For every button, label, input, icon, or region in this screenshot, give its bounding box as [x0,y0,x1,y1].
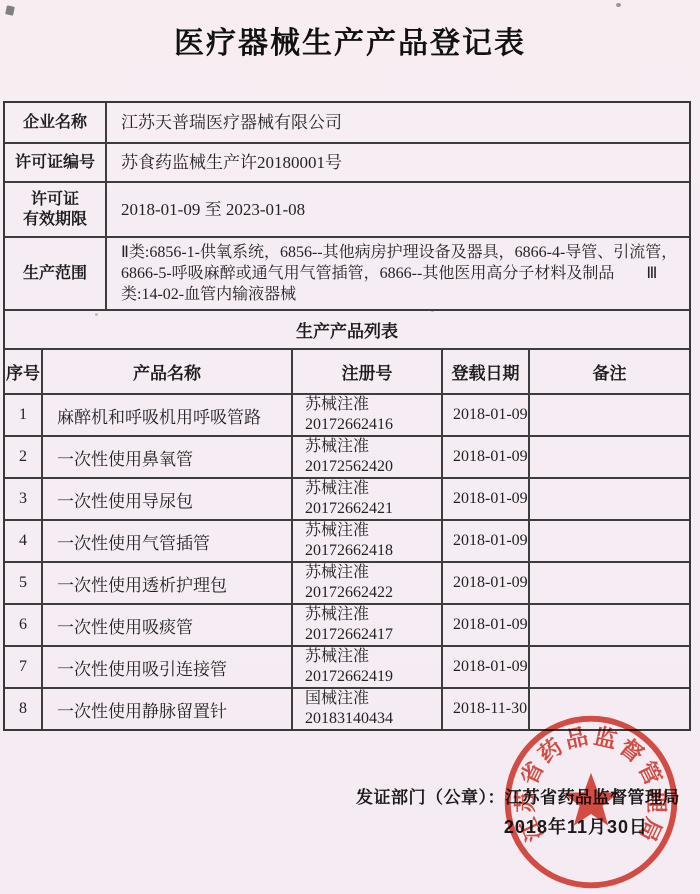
cell-publish-date: 2018-11-30 [442,688,529,729]
cell-publish-date: 2018-01-09 [442,646,529,688]
cell-reg-number: 苏械注准 20172662422 [292,562,442,604]
production-scope-value: Ⅱ类:6856-1-供氧系统，6856--其他病房护理设备及器具，6866-4-… [106,237,689,310]
reg-prefix: 苏械注准 [305,605,441,625]
cell-remarks [529,604,689,646]
table-row: 7 一次性使用吸引连接管 苏械注准 20172662419 2018-01-09 [5,646,689,688]
license-number-value: 苏食药监械生产许20180001号 [106,143,689,182]
cell-product-name: 一次性使用导尿包 [42,478,292,520]
cell-reg-number: 苏械注准 20172662418 [292,520,442,562]
cell-remarks [529,394,689,436]
cell-remarks [529,688,689,729]
cell-product-name: 一次性使用鼻氧管 [42,436,292,478]
table-row: 许可证编号 苏食药监械生产许20180001号 [5,143,689,182]
cell-reg-number: 苏械注准 20172662416 [292,394,442,436]
header-product-name: 产品名称 [42,350,292,394]
product-list-section-title: 生产产品列表 [5,311,689,350]
cell-remarks [529,646,689,688]
cell-publish-date: 2018-01-09 [442,562,529,604]
cell-product-name: 一次性使用透析护理包 [42,562,292,604]
table-row: 2 一次性使用鼻氧管 苏械注准 20172562420 2018-01-09 [5,436,689,478]
cell-remarks [529,478,689,520]
license-validity-label-line1: 许可证 [5,190,105,210]
table-header-row: 序号 产品名称 注册号 登载日期 备注 [5,350,689,394]
production-scope-label: 生产范围 [5,237,106,310]
reg-no: 20172662419 [305,667,441,687]
cell-product-name: 一次性使用吸痰管 [42,604,292,646]
cell-reg-number: 苏械注准 20172662421 [292,478,442,520]
stamp-char: 督 [615,733,649,768]
table-row: 许可证 有效期限 2018-01-09 至 2023-01-08 [5,182,689,237]
reg-prefix: 苏械注准 [305,437,441,457]
cell-publish-date: 2018-01-09 [442,478,529,520]
header-reg-number: 注册号 [292,350,442,394]
cell-seq: 8 [5,688,42,729]
reg-prefix: 苏械注准 [305,563,441,583]
reg-prefix: 苏械注准 [305,647,441,667]
header-seq: 序号 [5,350,42,394]
license-validity-label-line2: 有效期限 [5,210,105,230]
license-validity-value: 2018-01-09 至 2023-01-08 [106,182,689,237]
cell-product-name: 一次性使用气管插管 [42,520,292,562]
cell-publish-date: 2018-01-09 [442,436,529,478]
table-row: 4 一次性使用气管插管 苏械注准 20172662418 2018-01-09 [5,520,689,562]
reg-prefix: 苏械注准 [305,479,441,499]
cell-remarks [529,436,689,478]
cell-seq: 5 [5,562,42,604]
company-name-label: 企业名称 [5,103,106,143]
product-list-table: 序号 产品名称 注册号 登载日期 备注 1 麻醉机和呼吸机用呼吸管路 苏械注准 … [5,350,689,729]
license-validity-label: 许可证 有效期限 [5,182,106,237]
reg-no: 20172662416 [305,415,441,435]
cell-remarks [529,562,689,604]
cell-product-name: 一次性使用吸引连接管 [42,646,292,688]
header-remarks: 备注 [529,350,689,394]
cell-reg-number: 苏械注准 20172562420 [292,436,442,478]
document-title: 医疗器械生产产品登记表 [0,18,700,62]
table-row: 6 一次性使用吸痰管 苏械注准 20172662417 2018-01-09 [5,604,689,646]
company-name-value: 江苏天普瑞医疗器械有限公司 [106,103,689,143]
cell-seq: 6 [5,604,42,646]
reg-prefix: 苏械注准 [305,521,441,541]
reg-no: 20172662418 [305,541,441,561]
cell-seq: 3 [5,478,42,520]
registration-form-table: 企业名称 江苏天普瑞医疗器械有限公司 许可证编号 苏食药监械生产许2018000… [3,101,691,731]
cell-publish-date: 2018-01-09 [442,520,529,562]
cell-seq: 4 [5,520,42,562]
license-number-label: 许可证编号 [5,143,106,182]
company-info-table: 企业名称 江苏天普瑞医疗器械有限公司 许可证编号 苏食药监械生产许2018000… [5,103,689,311]
reg-no: 20172662421 [305,499,441,519]
stamp-char: 药 [533,733,567,768]
scan-artifact [616,3,621,7]
reg-no: 20183140434 [305,709,441,729]
scanned-document-page: 医疗器械生产产品登记表 企业名称 江苏天普瑞医疗器械有限公司 许可证编号 苏食药… [0,0,700,894]
reg-prefix: 苏械注准 [305,395,441,415]
cell-remarks [529,520,689,562]
reg-prefix: 国械注准 [305,689,441,709]
table-row: 8 一次性使用静脉留置针 国械注准 20183140434 2018-11-30 [5,688,689,729]
cell-reg-number: 国械注准 20183140434 [292,688,442,729]
reg-no: 20172562420 [305,457,441,477]
cell-product-name: 一次性使用静脉留置针 [42,688,292,729]
table-row: 企业名称 江苏天普瑞医疗器械有限公司 [5,103,689,143]
issuing-department-line: 发证部门（公章）：江苏省药品监督管理局 [356,783,680,808]
reg-no: 20172662417 [305,625,441,645]
cell-product-name: 麻醉机和呼吸机用呼吸管路 [42,394,292,436]
cell-publish-date: 2018-01-09 [442,604,529,646]
table-row: 生产范围 Ⅱ类:6856-1-供氧系统，6856--其他病房护理设备及器具，68… [5,237,689,310]
cell-reg-number: 苏械注准 20172662419 [292,646,442,688]
table-row: 1 麻醉机和呼吸机用呼吸管路 苏械注准 20172662416 2018-01-… [5,394,689,436]
reg-no: 20172662422 [305,583,441,603]
cell-seq: 2 [5,436,42,478]
header-publish-date: 登载日期 [442,350,529,394]
cell-seq: 7 [5,646,42,688]
cell-reg-number: 苏械注准 20172662417 [292,604,442,646]
scan-artifact [5,5,15,15]
cell-seq: 1 [5,394,42,436]
table-row: 3 一次性使用导尿包 苏械注准 20172662421 2018-01-09 [5,478,689,520]
issue-date: 2018年11月30日 [504,813,648,839]
table-row: 5 一次性使用透析护理包 苏械注准 20172662422 2018-01-09 [5,562,689,604]
cell-publish-date: 2018-01-09 [442,394,529,436]
